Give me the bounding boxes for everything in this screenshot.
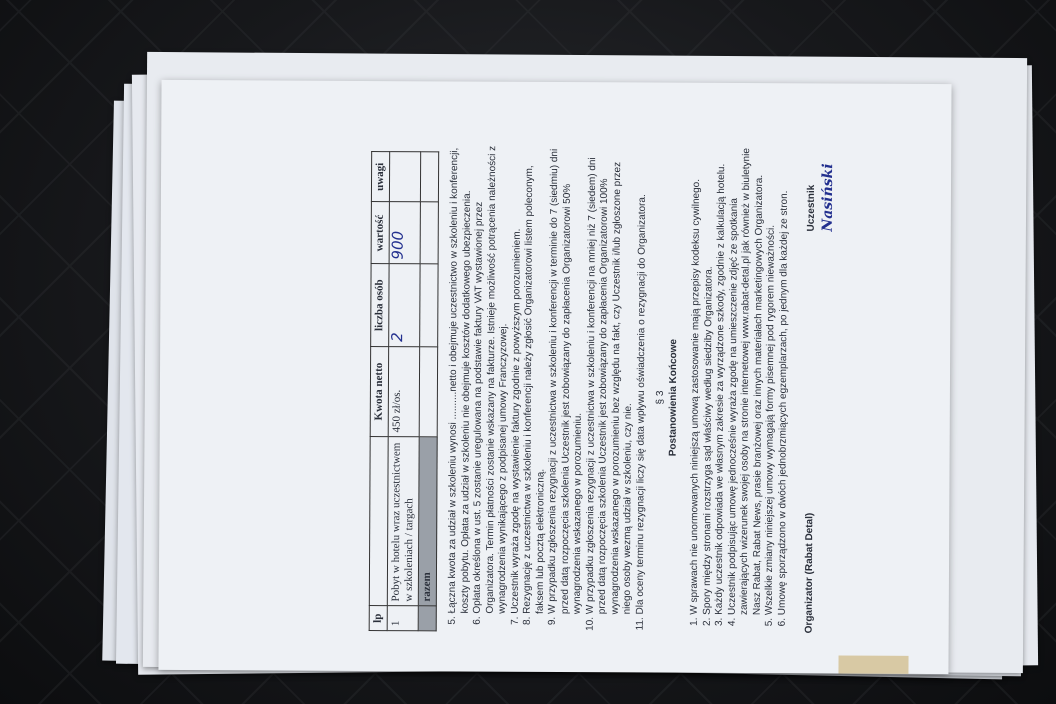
organizer-signature-label: Organizator (Rabat Detal)	[803, 513, 834, 634]
cell-total-label: razem	[418, 437, 437, 606]
final-clauses: W sprawach nie unormowanych niniejszą um…	[689, 145, 792, 634]
cell-empty	[420, 264, 438, 346]
clause: W przypadku zgłoszenia rezygnacji z ucze…	[584, 144, 636, 614]
participant-label: Uczestnik	[805, 163, 818, 231]
handwritten-signature: Nasiński	[822, 163, 835, 231]
clause: Dla oceny terminu rezygnacji liczy się d…	[634, 144, 649, 614]
price-table: lp Kwota netto liczba osób wartość uwagi…	[369, 151, 440, 631]
cell-lp	[418, 606, 436, 631]
clause: Rezygnację z uczestnictwa w szkoleniu i …	[522, 144, 549, 614]
cell-item: Pobyt w hotelu wraz uczestnictwem w szko…	[387, 437, 419, 606]
col-item	[369, 437, 388, 606]
cell-empty	[420, 152, 438, 203]
section-number: § 3	[655, 391, 666, 405]
col-notes: uwagi	[371, 152, 389, 203]
col-amount: Kwota netto	[370, 346, 388, 437]
col-value: wartość	[371, 202, 389, 264]
clause: Umowę sporządzono w dwóch jednobrzmiącyc…	[776, 145, 791, 615]
section-title: Postanowienia Końcowe	[666, 143, 682, 653]
document-content: lp Kwota netto liczba osób wartość uwagi…	[368, 81, 1056, 675]
col-lp: lp	[369, 606, 387, 631]
cell-value: 900	[389, 202, 420, 264]
document-page: lp Kwota netto liczba osób wartość uwagi…	[158, 80, 951, 674]
cell-notes	[389, 152, 420, 203]
payment-clauses: Łączna kwota za udział w szkoleniu wynos…	[447, 143, 650, 632]
participant-signature-block: Uczestnik Nasiński	[805, 163, 835, 231]
table-row: 1 Pobyt w hotelu wraz uczestnictwem w sz…	[387, 152, 421, 631]
clause: Opłata określona w ust. 5 zostanie uregu…	[472, 144, 512, 614]
envelope-corner	[838, 655, 908, 673]
cell-persons: 2	[389, 264, 420, 346]
cell-empty	[420, 202, 438, 264]
cell-amount: 450 zł/os.	[388, 346, 419, 437]
table-row-total: razem	[418, 152, 439, 631]
col-persons: liczba osób	[371, 264, 389, 346]
section-header: § 3 Postanowienia Końcowe	[653, 143, 682, 653]
cell-lp: 1	[387, 606, 418, 631]
cell-empty	[419, 347, 437, 438]
clause: Uczestnik podpisując umowę jednocześnie …	[726, 145, 766, 615]
clause: W przypadku zgłoszenia rezygnacji z ucze…	[547, 144, 587, 614]
signatures: Organizator (Rabat Detal) Uczestnik Nasi…	[803, 163, 835, 633]
clause: Łączna kwota za udział w szkoleniu wynos…	[447, 143, 474, 613]
